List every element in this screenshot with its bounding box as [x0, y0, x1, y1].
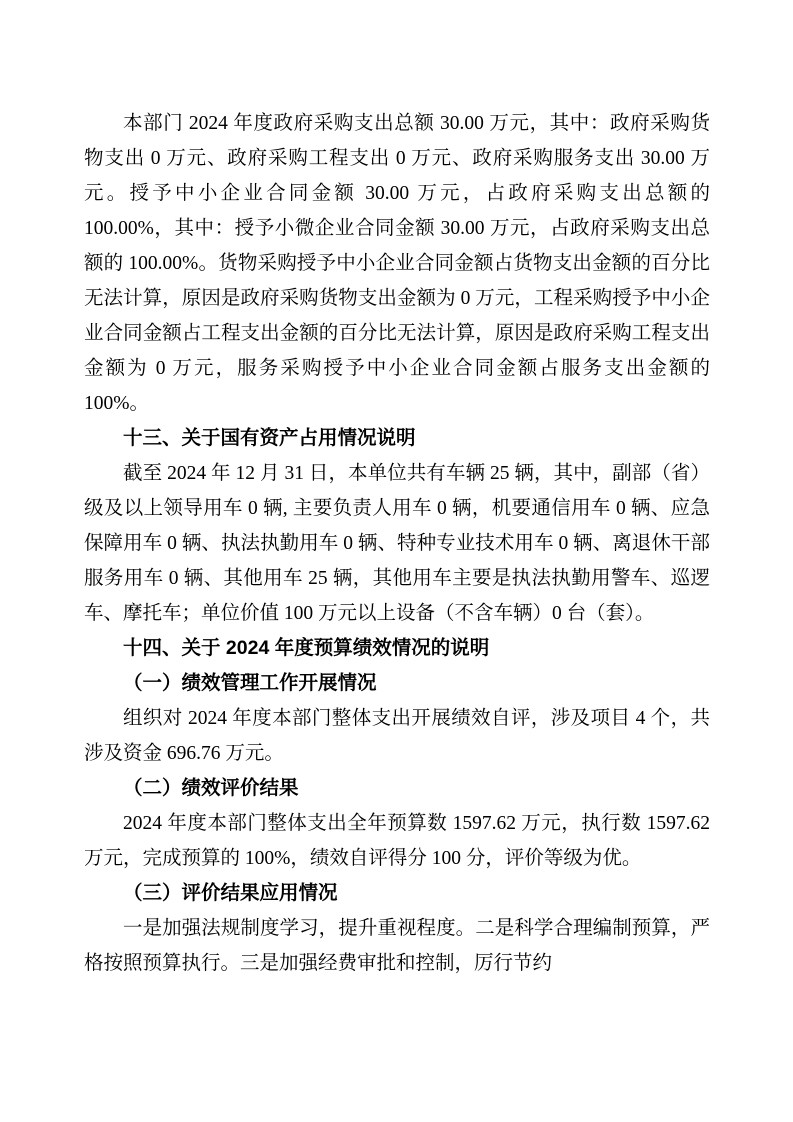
subheading-1-performance-management-work: （一）绩效管理工作开展情况: [84, 666, 710, 701]
subheading-2-performance-evaluation-results: （二）绩效评价结果: [84, 771, 710, 806]
paragraph-self-evaluation-scope: 组织对 2024 年度本部门整体支出开展绩效自评，涉及项目 4 个，共涉及资金 …: [84, 701, 710, 771]
paragraph-vehicles-and-equipment: 截至 2024 年 12 月 31 日，本单位共有车辆 25 辆，其中，副部（省…: [84, 456, 710, 631]
document-content: 本部门 2024 年度政府采购支出总额 30.00 万元，其中：政府采购货物支出…: [84, 106, 710, 981]
heading-section-14-budget-performance: 十四、关于 2024 年度预算绩效情况的说明: [84, 631, 710, 666]
paragraph-budget-execution-results: 2024 年度本部门整体支出全年预算数 1597.62 万元，执行数 1597.…: [84, 806, 710, 876]
heading-section-13-state-assets: 十三、关于国有资产占用情况说明: [84, 421, 710, 456]
paragraph-improvement-measures: 一是加强法规制度学习，提升重视程度。二是科学合理编制预算，严格按照预算执行。三是…: [84, 911, 710, 981]
subheading-3-evaluation-results-application: （三）评价结果应用情况: [84, 876, 710, 911]
document-page: 本部门 2024 年度政府采购支出总额 30.00 万元，其中：政府采购货物支出…: [0, 0, 793, 1122]
paragraph-government-procurement-summary: 本部门 2024 年度政府采购支出总额 30.00 万元，其中：政府采购货物支出…: [84, 106, 710, 421]
